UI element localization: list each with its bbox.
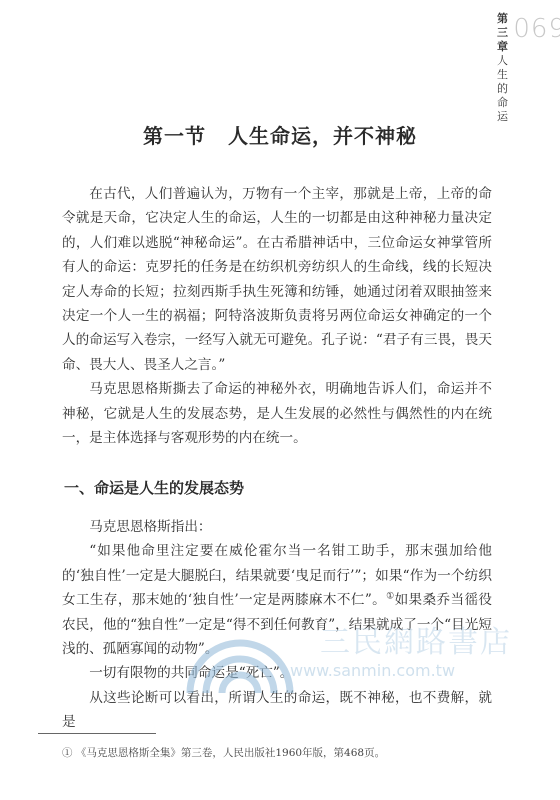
- footnote: ① 《马克思恩格斯全集》第三卷，人民出版社1960年版，第468页。: [62, 745, 385, 760]
- page-number: 069: [513, 14, 560, 44]
- paragraph-conclusion: 从这些论断可以看出，所谓人生的命运，既不神秘，也不费解，就是: [62, 686, 492, 735]
- running-head-text: 第三章 人生的命运: [497, 12, 508, 124]
- paragraph-quote-intro: 马克思恩格斯指出：: [62, 515, 492, 539]
- paragraph-fate-antiquity: 在古代，人们普遍认为，万物有一个主宰，那就是上帝，上帝的命令就是天命，它决定人生…: [62, 182, 492, 377]
- section-heading: 人生命运，并不神秘: [228, 124, 417, 148]
- section-number: 第一节: [143, 124, 206, 148]
- paragraph-marx-engels: 马克思恩格斯撕去了命运的神秘外衣，明确地告诉人们，命运并不神秘，它就是人生的发展…: [62, 377, 492, 450]
- chapter-title: 人生的命运: [497, 54, 508, 124]
- paragraph-quote: “如果他命里注定要在威伦霍尔当一名钳工助手，那末强加给他的‘独自性’一定是大腿脱…: [62, 539, 492, 661]
- subsection-heading: 一、命运是人生的发展态势: [62, 476, 492, 500]
- footnote-marker[interactable]: ①: [386, 592, 394, 602]
- chapter-label: 第三章: [497, 12, 508, 54]
- page-body: 在古代，人们普遍认为，万物有一个主宰，那就是上帝，上帝的命令就是天命，它决定人生…: [62, 182, 492, 735]
- footnote-divider: [38, 733, 156, 734]
- section-title: 第一节人生命运，并不神秘: [0, 120, 560, 149]
- paragraph-death: 一切有限物的共同命运是“死亡”。: [62, 661, 492, 685]
